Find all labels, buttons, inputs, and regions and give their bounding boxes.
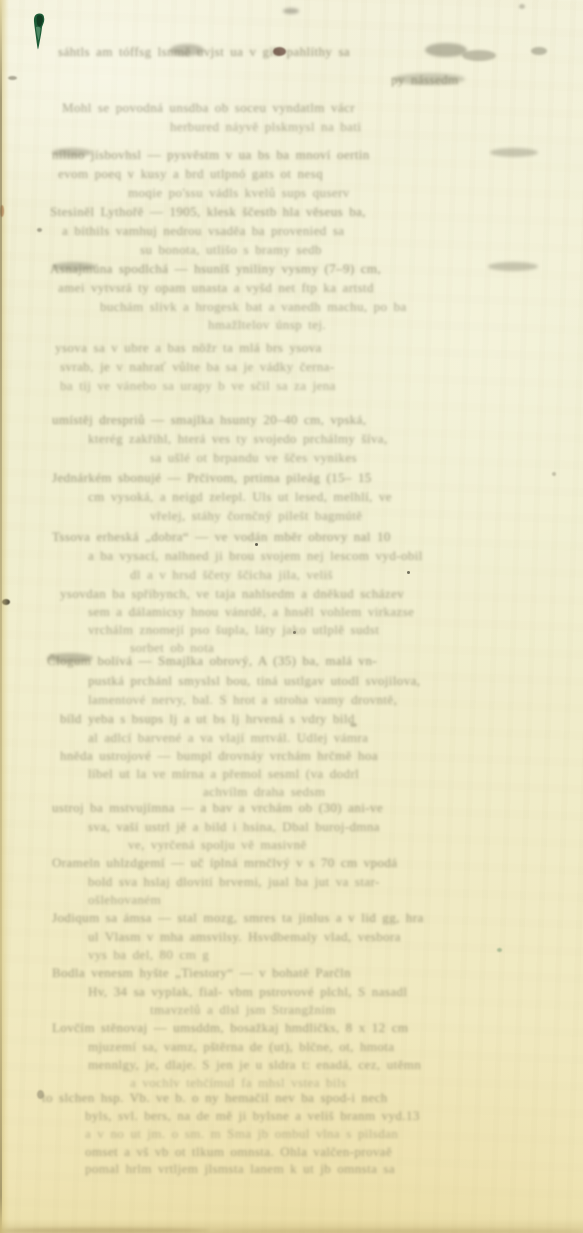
ink-speck bbox=[0, 1228, 210, 1233]
scanned-page: sáhtls am tóffsg lsnmě uvjst ua v gib pa… bbox=[0, 0, 583, 1233]
ink-speck bbox=[283, 8, 299, 14]
ink-speck bbox=[170, 44, 204, 56]
ink-speck bbox=[8, 76, 17, 80]
ink-speck bbox=[37, 1090, 44, 1099]
ink-speck bbox=[52, 262, 96, 271]
ink-speck bbox=[52, 148, 92, 157]
ink-speck bbox=[0, 205, 4, 217]
ink-speck bbox=[393, 73, 465, 85]
ink-speck bbox=[519, 4, 525, 9]
ink-speck bbox=[407, 571, 410, 574]
ink-speck bbox=[37, 228, 42, 232]
ink-speck bbox=[497, 948, 502, 952]
ink-speck bbox=[2, 599, 10, 605]
ink-speck bbox=[47, 653, 93, 663]
ink-speck bbox=[552, 472, 556, 476]
ink-speck bbox=[273, 47, 286, 56]
ink-speck bbox=[490, 148, 538, 157]
ink-speck bbox=[425, 43, 467, 57]
ink-speck bbox=[462, 50, 496, 61]
green-ink-mark bbox=[32, 13, 47, 51]
ink-speck-layer bbox=[0, 0, 583, 1233]
ink-speck bbox=[350, 723, 357, 727]
ink-speck bbox=[210, 1229, 583, 1233]
ink-speck bbox=[488, 262, 538, 271]
ink-speck bbox=[255, 543, 258, 546]
ink-speck bbox=[531, 47, 547, 55]
ink-speck bbox=[293, 631, 296, 634]
